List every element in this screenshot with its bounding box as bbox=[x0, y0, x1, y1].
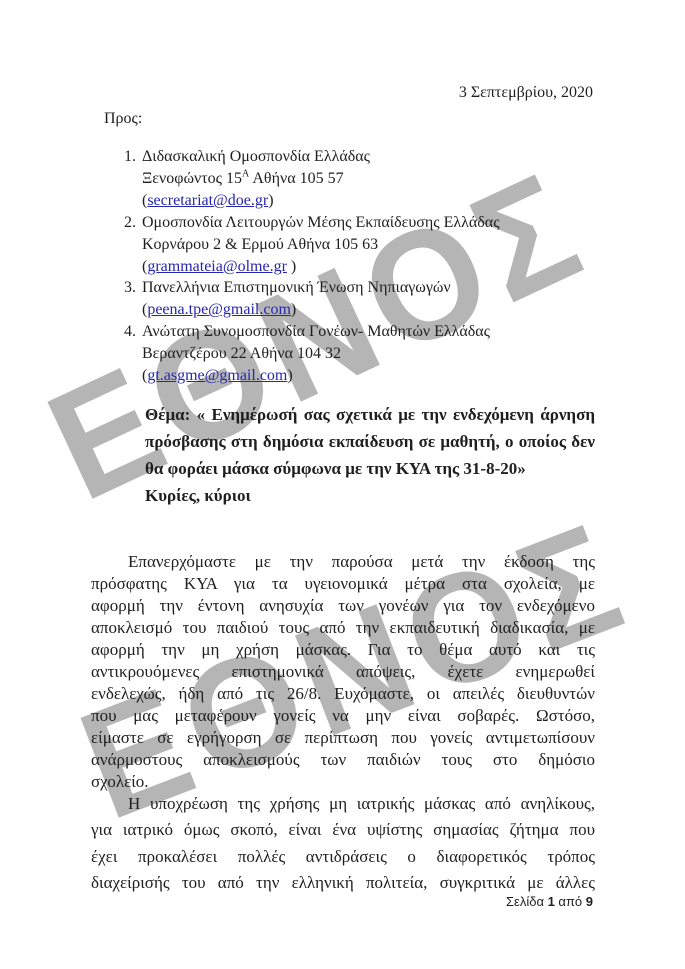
page-number-text: από bbox=[555, 894, 586, 909]
page-number-value: 9 bbox=[586, 894, 593, 909]
recipient-line: Ανώτατη Συνομοσπονδία Γονέων- Μαθητών Ελ… bbox=[142, 321, 604, 343]
paren-close: ) bbox=[287, 258, 296, 275]
page-number-text: Σελίδα bbox=[506, 894, 548, 909]
paragraph-line: αποκλεισμό του παιδιού τους από την εκπα… bbox=[91, 617, 595, 639]
recipient-number: 2. bbox=[124, 212, 136, 234]
superscript: Α bbox=[242, 169, 249, 180]
email-link[interactable]: secretariat@doe.gr bbox=[147, 192, 268, 209]
recipient-item: 1.Διδασκαλική Ομοσπονδία ΕλλάδαςΞενοφώντ… bbox=[124, 146, 604, 212]
email-link[interactable]: peena.tpe@gmail.com bbox=[147, 301, 291, 318]
paragraph-line: ανάρμοστους αποκλεισμούς των παιδιών του… bbox=[91, 749, 595, 771]
paragraph-line: έχει προκαλέσει πολλές αντιδράσεις ο δια… bbox=[91, 844, 595, 870]
paragraph-line: σχολείο. bbox=[91, 771, 595, 793]
paragraph-line: αφορμή την έντονη ανησυχία των γονέων γι… bbox=[91, 595, 595, 617]
email-link[interactable]: gt.asgme@gmail.com bbox=[147, 367, 287, 384]
document-page: ΕΘΝΟΣ ΕΘΝΟΣ 3 Σεπτεμβρίου, 2020 Προς: 1.… bbox=[0, 0, 685, 969]
recipient-line: (gt.asgme@gmail.com) bbox=[142, 365, 604, 387]
recipient-line: (peena.tpe@gmail.com) bbox=[142, 299, 604, 321]
page-number-value: 1 bbox=[548, 894, 555, 909]
recipient-item: 2.Ομοσπονδία Λειτουργών Μέσης Εκπαίδευση… bbox=[124, 212, 604, 278]
recipient-line: Διδασκαλική Ομοσπονδία Ελλάδας bbox=[142, 146, 604, 168]
recipient-line: Ξενοφώντος 15Α Αθήνα 105 57 bbox=[142, 168, 604, 190]
subject-line: Θέμα: « Ενημέρωσή σας σχετικά με την ενδ… bbox=[145, 401, 595, 428]
paragraph-line: Επανερχόμαστε με την παρούσα μετά την έκ… bbox=[91, 551, 595, 573]
paren-close: ) bbox=[268, 192, 273, 209]
recipient-item: 4.Ανώτατη Συνομοσπονδία Γονέων- Μαθητών … bbox=[124, 321, 604, 387]
paragraph-line: είμαστε σε εγρήγορση σε περίπτωση που γο… bbox=[91, 727, 595, 749]
paren-close: ) bbox=[291, 301, 296, 318]
recipient-number: 1. bbox=[124, 146, 136, 168]
recipients-label: Προς: bbox=[104, 110, 142, 128]
recipient-number: 4. bbox=[124, 321, 136, 343]
body-paragraph-1: Επανερχόμαστε με την παρούσα μετά την έκ… bbox=[91, 551, 595, 793]
subject-line: θα φοράει μάσκα σύμφωνα με την ΚΥΑ της 3… bbox=[145, 455, 595, 482]
recipient-line: (grammateia@olme.gr ) bbox=[142, 256, 604, 278]
recipient-line: Βεραντζέρου 22 Αθήνα 104 32 bbox=[142, 343, 604, 365]
recipient-line: (secretariat@doe.gr) bbox=[142, 190, 604, 212]
subject-line: πρόσβασης στη δημόσια εκπαίδευση σε μαθη… bbox=[145, 428, 595, 455]
paragraph-line: πρόσφατης ΚΥΑ για τα υγειονομικά μέτρα σ… bbox=[91, 573, 595, 595]
recipient-line: Πανελλήνια Επιστημονική Ένωση Νηπιαγωγών bbox=[142, 277, 604, 299]
page-number-footer: Σελίδα 1 από 9 bbox=[506, 894, 593, 909]
paragraph-line: για ιατρικό όμως σκοπό, είναι ένα υψίστη… bbox=[91, 817, 595, 843]
recipient-number: 3. bbox=[124, 277, 136, 299]
paragraph-line: αφορμή την μη χρήση μάσκας. Για το θέμα … bbox=[91, 639, 595, 661]
paragraph-line: διαχείρισής του από την ελληνική πολιτεί… bbox=[91, 870, 595, 896]
email-link[interactable]: grammateia@olme.gr bbox=[147, 258, 287, 275]
recipient-line: Ομοσπονδία Λειτουργών Μέσης Εκπαίδευσης … bbox=[142, 212, 604, 234]
document-date: 3 Σεπτεμβρίου, 2020 bbox=[459, 84, 593, 102]
paren-close: ) bbox=[287, 367, 292, 384]
recipient-line: Κορνάρου 2 & Ερμού Αθήνα 105 63 bbox=[142, 234, 604, 256]
subject-block: Θέμα: « Ενημέρωσή σας σχετικά με την ενδ… bbox=[145, 401, 595, 482]
recipients-list: 1.Διδασκαλική Ομοσπονδία ΕλλάδαςΞενοφώντ… bbox=[124, 146, 604, 387]
paragraph-line: που μας μεταφέρουν γονείς να μην είναι σ… bbox=[91, 705, 595, 727]
paragraph-line: Η υποχρέωση της χρήσης μη ιατρικής μάσκα… bbox=[91, 791, 595, 817]
paragraph-line: αντικρουόμενες επιστημονικά απόψεις, έχε… bbox=[91, 661, 595, 683]
body-paragraph-2: Η υποχρέωση της χρήσης μη ιατρικής μάσκα… bbox=[91, 791, 595, 897]
recipient-item: 3.Πανελλήνια Επιστημονική Ένωση Νηπιαγωγ… bbox=[124, 277, 604, 321]
salutation: Κυρίες, κύριοι bbox=[145, 486, 251, 506]
paragraph-line: ενδελεχώς, ήδη από τις 26/8. Ευχόμαστε, … bbox=[91, 683, 595, 705]
